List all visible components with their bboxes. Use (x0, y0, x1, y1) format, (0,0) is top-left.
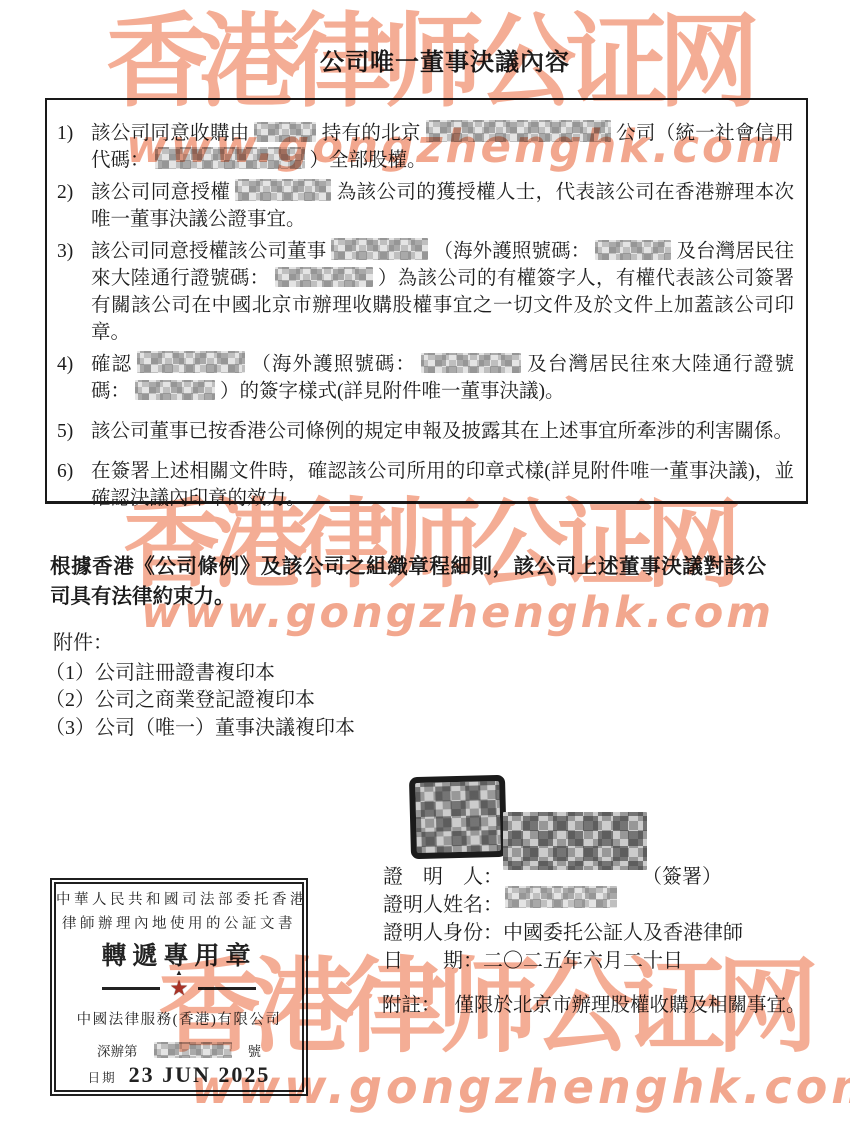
certifier-name-label: 證明人姓名： (383, 894, 503, 916)
redacted-text (331, 238, 428, 260)
item-number: 6) (57, 458, 91, 512)
footnote-label: 附註： (382, 995, 441, 1016)
redacted-text (595, 240, 671, 260)
redacted-text (421, 353, 521, 373)
notary-document-page: 公司唯一董事決議內容 1) 該公司同意收購由持有的北京公司（統一社會信用代碼：）… (0, 0, 850, 1143)
star-glyph: ★ (170, 976, 189, 1000)
text-segment: 確認 (91, 354, 132, 375)
document-content: 公司唯一董事決議內容 1) 該公司同意收購由持有的北京公司（統一社會信用代碼：）… (0, 0, 850, 1143)
text-segment: 該公司董事已按香港公司條例的規定申報及披露其在上述事宜所牽涉的利害關係。 (91, 421, 793, 442)
item-number: 2) (57, 179, 91, 233)
certifier-name-redacted (505, 886, 617, 908)
redacted-text (254, 122, 316, 142)
resolution-box: 1) 該公司同意收購由持有的北京公司（統一社會信用代碼：）全部股權。 2) 該公… (45, 98, 808, 504)
certifier-row-name: 證明人姓名： (383, 888, 503, 917)
redacted-text (426, 120, 611, 142)
certifier-seal-redacted (409, 775, 507, 859)
divider-bar-right (198, 987, 256, 990)
certifier-row-sign: 證 明 人： (383, 860, 503, 889)
text-segment: （海外護照號碼： (250, 354, 416, 375)
stamp-title: 轉遞專用章 (56, 936, 302, 972)
text-segment: 該公司同意授權該公司董事 (91, 241, 326, 262)
resolution-item-3: 3) 該公司同意授權該公司董事（海外護照號碼：及台灣居民往來大陸通行證號碼：）為… (57, 238, 794, 346)
stamp-divider: ▲★ (56, 978, 302, 999)
stamp-date-value: 23 JUN 2025 (129, 1062, 271, 1088)
document-title: 公司唯一董事決議內容 (0, 42, 850, 77)
redacted-text (275, 267, 373, 287)
certifier-identity-label: 證明人身份： (383, 922, 503, 944)
star-tick-mark: ▲ (175, 969, 183, 977)
item-text: 確認（海外護照號碼：及台灣居民往來大陸通行證號碼：）的簽字樣式(詳見附件唯一董事… (91, 351, 794, 405)
text-segment: ）的簽字樣式(詳見附件唯一董事決議)。 (220, 381, 565, 402)
serial-suffix: 號 (248, 1040, 262, 1060)
divider-bar-left (102, 987, 160, 990)
redacted-text (137, 351, 245, 373)
footnote-text: 僅限於北京市辦理股權收購及相關事宜。 (455, 995, 806, 1016)
serial-number-redacted (154, 1042, 232, 1058)
stamp-serial-row: 深辦第 號 (56, 1040, 302, 1060)
text-segment: 持有的北京 (321, 123, 420, 144)
item-text: 在簽署上述相關文件時，確認該公司所用的印章式樣(詳見附件唯一董事決議)，並確認決… (91, 458, 794, 512)
text-segment: （海外護照號碼： (433, 241, 590, 262)
stamp-company: 中國法律服務(香港)有限公司 (56, 1008, 302, 1029)
certifier-date-label: 日 期： (383, 950, 483, 972)
certifier-row-date: 日 期：二〇二五年六月二十日 (383, 944, 683, 973)
stamp-date-row: 日期 23 JUN 2025 (56, 1062, 302, 1088)
item-text: 該公司同意收購由持有的北京公司（統一社會信用代碼：）全部股權。 (91, 120, 794, 174)
certifier-label: 證 明 人： (383, 866, 503, 888)
red-star-icon: ▲★ (170, 978, 189, 999)
resolution-item-5: 5) 該公司董事已按香港公司條例的規定申報及披露其在上述事宜所牽涉的利害關係。 (57, 418, 794, 445)
item-text: 該公司同意授權該公司董事（海外護照號碼：及台灣居民往來大陸通行證號碼：）為該公司… (91, 238, 794, 346)
text-segment: 該公司同意授權 (91, 182, 230, 203)
attachments-section: 附件： （1）公司註冊證書複印本 （2）公司之商業登記證複印本 （3）公司（唯一… (45, 630, 355, 742)
certifier-identity-value: 中國委托公証人及香港律師 (503, 922, 743, 944)
attachment-item-2: （2）公司之商業登記證複印本 (45, 687, 355, 715)
certifier-row-identity: 證明人身份：中國委托公証人及香港律師 (383, 916, 743, 945)
resolution-list: 1) 該公司同意收購由持有的北京公司（統一社會信用代碼：）全部股權。 2) 該公… (47, 100, 806, 512)
resolution-item-4: 4) 確認（海外護照號碼：及台灣居民往來大陸通行證號碼：）的簽字樣式(詳見附件唯… (57, 351, 794, 405)
stamp-date-label: 日期 (88, 1068, 117, 1086)
item-number: 5) (57, 418, 91, 445)
attachment-item-1: （1）公司註冊證書複印本 (45, 660, 355, 688)
certifier-sign-suffix: （簽署） (642, 860, 722, 889)
certifier-date-value: 二〇二五年六月二十日 (483, 950, 683, 972)
item-text: 該公司董事已按香港公司條例的規定申報及披露其在上述事宜所牽涉的利害關係。 (91, 418, 794, 445)
stamp-line-1: 中華人民共和國司法部委托香港 (56, 888, 302, 909)
item-number: 4) (57, 351, 91, 405)
resolution-item-1: 1) 該公司同意收購由持有的北京公司（統一社會信用代碼：）全部股權。 (57, 120, 794, 174)
resolution-item-2: 2) 該公司同意授權為該公司的獲授權人士，代表該公司在香港辦理本次唯一董事決議公… (57, 179, 794, 233)
serial-prefix: 深辦第 (97, 1040, 138, 1060)
text-segment: 在簽署上述相關文件時，確認該公司所用的印章式樣(詳見附件唯一董事決議)，並確認決… (91, 461, 794, 509)
legal-binding-statement: 根據香港《公司條例》及該公司之組織章程細則，該公司上述董事決議對該公司具有法律約… (50, 553, 766, 612)
transfer-stamp: 中華人民共和國司法部委托香港 律師辦理內地使用的公証文書 轉遞專用章 ▲★ 中國… (50, 878, 308, 1096)
item-text: 該公司同意授權為該公司的獲授權人士，代表該公司在香港辦理本次唯一董事決議公證事宜… (91, 179, 794, 233)
redacted-text (235, 179, 331, 201)
text-segment: ）全部股權。 (310, 150, 427, 171)
item-number: 1) (57, 120, 91, 174)
text-segment: 該公司同意收購由 (91, 123, 249, 144)
stamp-line-2: 律師辦理內地使用的公証文書 (56, 912, 302, 933)
resolution-item-6: 6) 在簽署上述相關文件時，確認該公司所用的印章式樣(詳見附件唯一董事決議)，並… (57, 458, 794, 512)
redacted-text (135, 380, 215, 400)
footnote-row: 附註：僅限於北京市辦理股權收購及相關事宜。 (382, 989, 806, 1017)
item-number: 3) (57, 238, 91, 346)
certifier-signature-redacted (503, 812, 647, 870)
redacted-text (155, 147, 305, 169)
attachment-item-3: （3）公司（唯一）董事決議複印本 (45, 715, 355, 743)
attachments-label: 附件： (53, 630, 355, 658)
